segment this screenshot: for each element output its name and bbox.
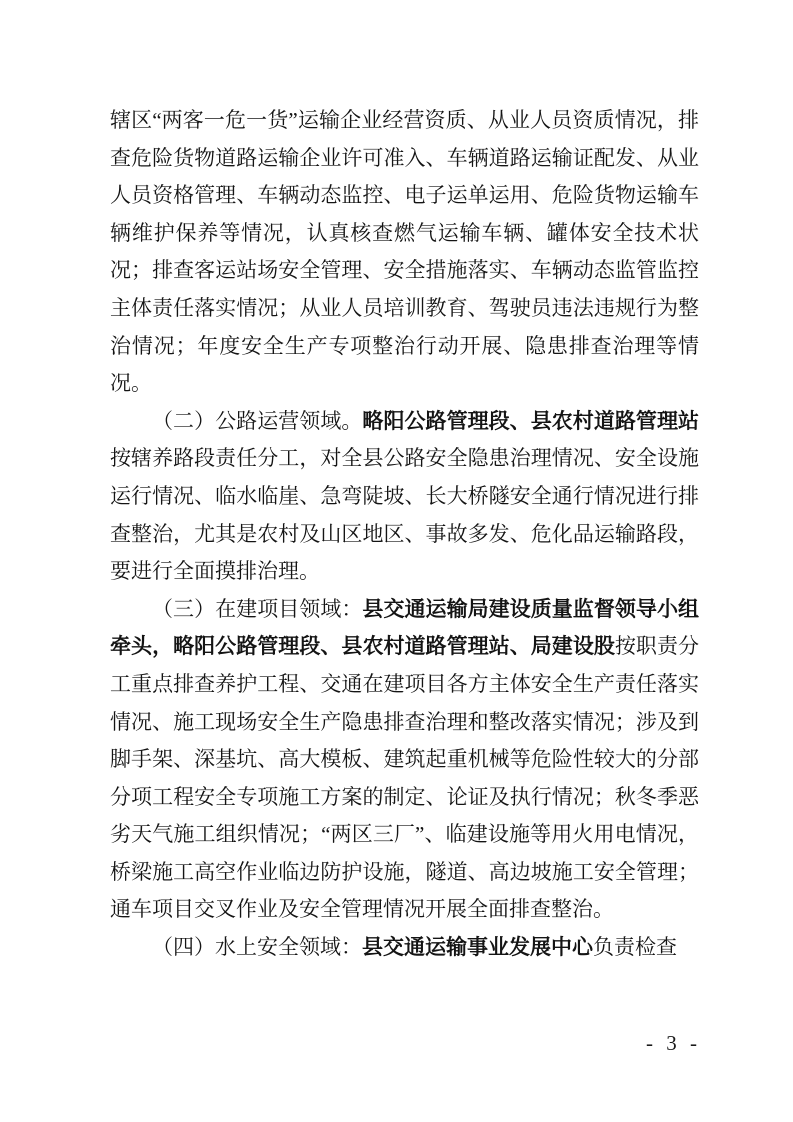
section-3-body-run: 按职责分工重点排查养护工程、交通在建项目各方主体安全生产责任落实情况、施工现场安… (110, 634, 699, 921)
document-page: 辖区“两客一危一货”运输企业经营资质、从业人员资质情况，排查危险货物道路运输企业… (0, 0, 793, 1122)
page-number: - 3 - (646, 1031, 701, 1056)
section-2-heading-run: （二）公路运营领域。 (152, 409, 362, 433)
text-run: 辖区“两客一危一货”运输企业经营资质、从业人员资质情况，排查危险货物道路运输企业… (110, 108, 699, 395)
section-4-body-run: 负责检查 (593, 935, 677, 959)
section-4-heading-run: （四）水上安全领域： (152, 935, 362, 959)
section-2-agencies-bold-run: 略阳公路管理段、县农村道路管理站 (362, 409, 699, 433)
section-3-heading-run: （三）在建项目领域： (152, 597, 362, 621)
document-body: 辖区“两客一危一货”运输企业经营资质、从业人员资质情况，排查危险货物道路运输企业… (110, 102, 699, 967)
paragraph-section-4-water-safety: （四）水上安全领域：县交通运输事业发展中心负责检查 (110, 929, 699, 967)
section-4-agency-bold-run: 县交通运输事业发展中心 (362, 935, 593, 959)
paragraph-section-2-highway-operation: （二）公路运营领域。略阳公路管理段、县农村道路管理站按辖养路段责任分工，对全县公… (110, 403, 699, 591)
paragraph-continued-road-transport: 辖区“两客一危一货”运输企业经营资质、从业人员资质情况，排查危险货物道路运输企业… (110, 102, 699, 403)
section-2-body-run: 按辖养路段责任分工，对全县公路安全隐患治理情况、安全设施运行情况、临水临崖、急弯… (110, 446, 699, 583)
paragraph-section-3-construction-projects: （三）在建项目领域：县交通运输局建设质量监督领导小组牵头，略阳公路管理段、县农村… (110, 591, 699, 929)
